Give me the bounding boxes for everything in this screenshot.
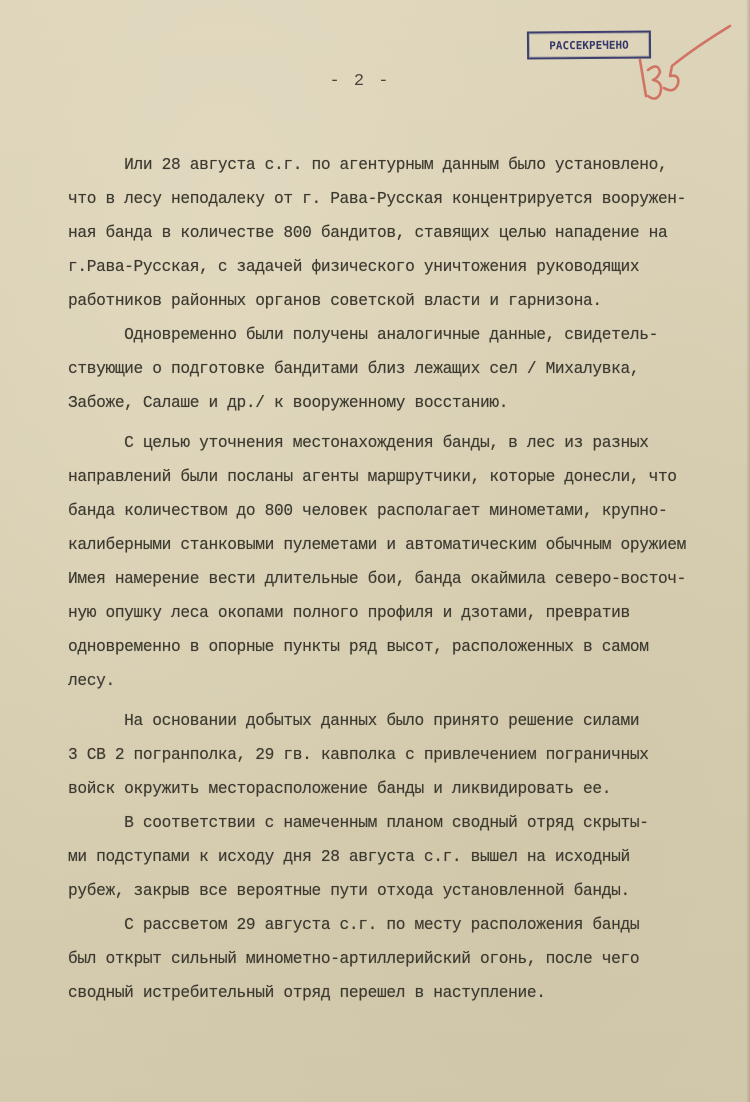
text-line: Забоже, Салаше и др./ к вооруженному вос…	[68, 386, 750, 420]
page-edge-shadow	[746, 0, 750, 1102]
text-line: войск окружить месторасположение банды и…	[68, 772, 750, 806]
text-line: сводный истребительный отряд перешел в н…	[68, 976, 750, 1010]
paragraph: На основании добытых данных было принято…	[68, 704, 750, 806]
text-line: С целью уточнения местонахождения банды,…	[68, 426, 750, 460]
text-line: калиберными станковыми пулеметами и авто…	[68, 528, 750, 562]
text-line: г.Рава-Русская, с задачей физического ун…	[68, 250, 750, 284]
text-line: ную опушку леса окопами полного профиля …	[68, 596, 750, 630]
paragraph: С целью уточнения местонахождения банды,…	[68, 426, 750, 698]
paragraph: Или 28 августа с.г. по агентурным данным…	[68, 148, 750, 318]
text-line: Имея намерение вести длительные бои, бан…	[68, 562, 750, 596]
typewritten-body: Или 28 августа с.г. по агентурным данным…	[68, 148, 750, 1010]
text-line: Или 28 августа с.г. по агентурным данным…	[68, 148, 750, 182]
paragraph: С рассветом 29 августа с.г. по месту рас…	[68, 908, 750, 1010]
paragraph: Одновременно были получены аналогичные д…	[68, 318, 750, 420]
text-line: ствующие о подготовке бандитами близ леж…	[68, 352, 750, 386]
text-line: ная банда в количестве 800 бандитов, ста…	[68, 216, 750, 250]
text-line: рубеж, закрыв все вероятные пути отхода …	[68, 874, 750, 908]
text-line: На основании добытых данных было принято…	[68, 704, 750, 738]
handwritten-folio-number	[634, 22, 734, 112]
text-line: что в лесу неподалеку от г. Рава-Русская…	[68, 182, 750, 216]
text-line: направлений были посланы агенты маршрутч…	[68, 460, 750, 494]
stamp-label: РАССЕКРЕЧЕНО	[549, 38, 629, 52]
text-line: был открыт сильный минометно-артиллерийс…	[68, 942, 750, 976]
text-line: лесу.	[68, 664, 750, 698]
text-line: В соответствии с намеченным планом сводн…	[68, 806, 750, 840]
text-line: работников районных органов советской вл…	[68, 284, 750, 318]
text-line: Одновременно были получены аналогичные д…	[68, 318, 750, 352]
declassified-stamp: РАССЕКРЕЧЕНО	[527, 30, 651, 59]
page-number: - 2 -	[300, 72, 420, 91]
text-line: банда количеством до 800 человек распола…	[68, 494, 750, 528]
text-line: 3 СВ 2 погранполка, 29 гв. кавполка с пр…	[68, 738, 750, 772]
text-line: одновременно в опорные пункты ряд высот,…	[68, 630, 750, 664]
document-page: РАССЕКРЕЧЕНО - 2 - Или 28 августа с.г. п…	[0, 0, 750, 1102]
text-line: ми подступами к исходу дня 28 августа с.…	[68, 840, 750, 874]
paragraph: В соответствии с намеченным планом сводн…	[68, 806, 750, 908]
text-line: С рассветом 29 августа с.г. по месту рас…	[68, 908, 750, 942]
